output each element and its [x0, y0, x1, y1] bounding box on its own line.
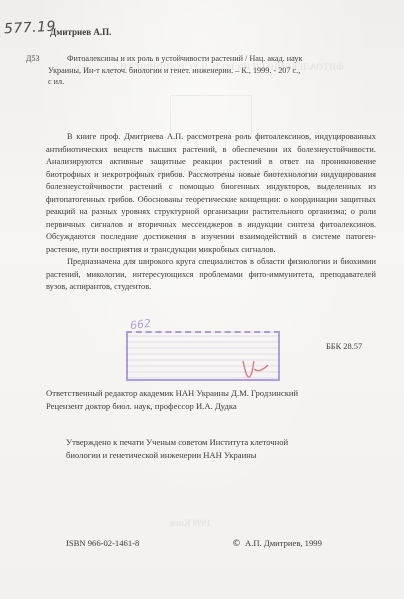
catalog-entry-line: Фитоалексины и их роль в устойчивости ра…	[48, 53, 368, 65]
isbn: ISBN 966-02-1461-8	[66, 538, 139, 548]
editors-block: Ответственный редактор академик НАН Укра…	[46, 387, 298, 413]
responsible-editor: Ответственный редактор академик НАН Укра…	[46, 387, 298, 400]
bleed-through-text: 1999 Киев	[170, 518, 211, 528]
approval-block: Утверждено к печати Ученым советом Инсти…	[66, 436, 288, 462]
annotation: В книге проф. Дмитриева А.П. рассмотрена…	[46, 131, 376, 294]
bbk-code: ББК 28.57	[326, 342, 362, 351]
annotation-paragraph: В книге проф. Дмитриева А.П. рассмотрена…	[46, 131, 376, 256]
signature-mark-icon	[240, 355, 270, 381]
catalog-author: Дмитриев А.П.	[50, 27, 111, 37]
page-background	[0, 0, 404, 599]
copyright: ©А.П. Дмитриев, 1999	[232, 538, 322, 549]
annotation-paragraph: Предназначена для широкого круга специал…	[46, 256, 376, 294]
copyright-icon: ©	[232, 539, 241, 549]
copyright-text: А.П. Дмитриев, 1999	[245, 538, 322, 548]
catalog-entry-line: Украины, Ин-т клеточ. биологии и генет. …	[48, 65, 368, 77]
approval-line: биологии и генетической инженерии НАН Ук…	[66, 449, 288, 462]
catalog-entry: Фитоалексины и их роль в устойчивости ра…	[48, 53, 368, 88]
shelf-mark: 577.19	[4, 19, 57, 38]
reviewer: Рецензент доктор биол. наук, профессор И…	[46, 400, 298, 413]
approval-line: Утверждено к печати Ученым советом Инсти…	[66, 436, 288, 449]
catalog-code: Д53	[26, 54, 39, 63]
catalog-entry-line: с ил.	[48, 76, 368, 88]
